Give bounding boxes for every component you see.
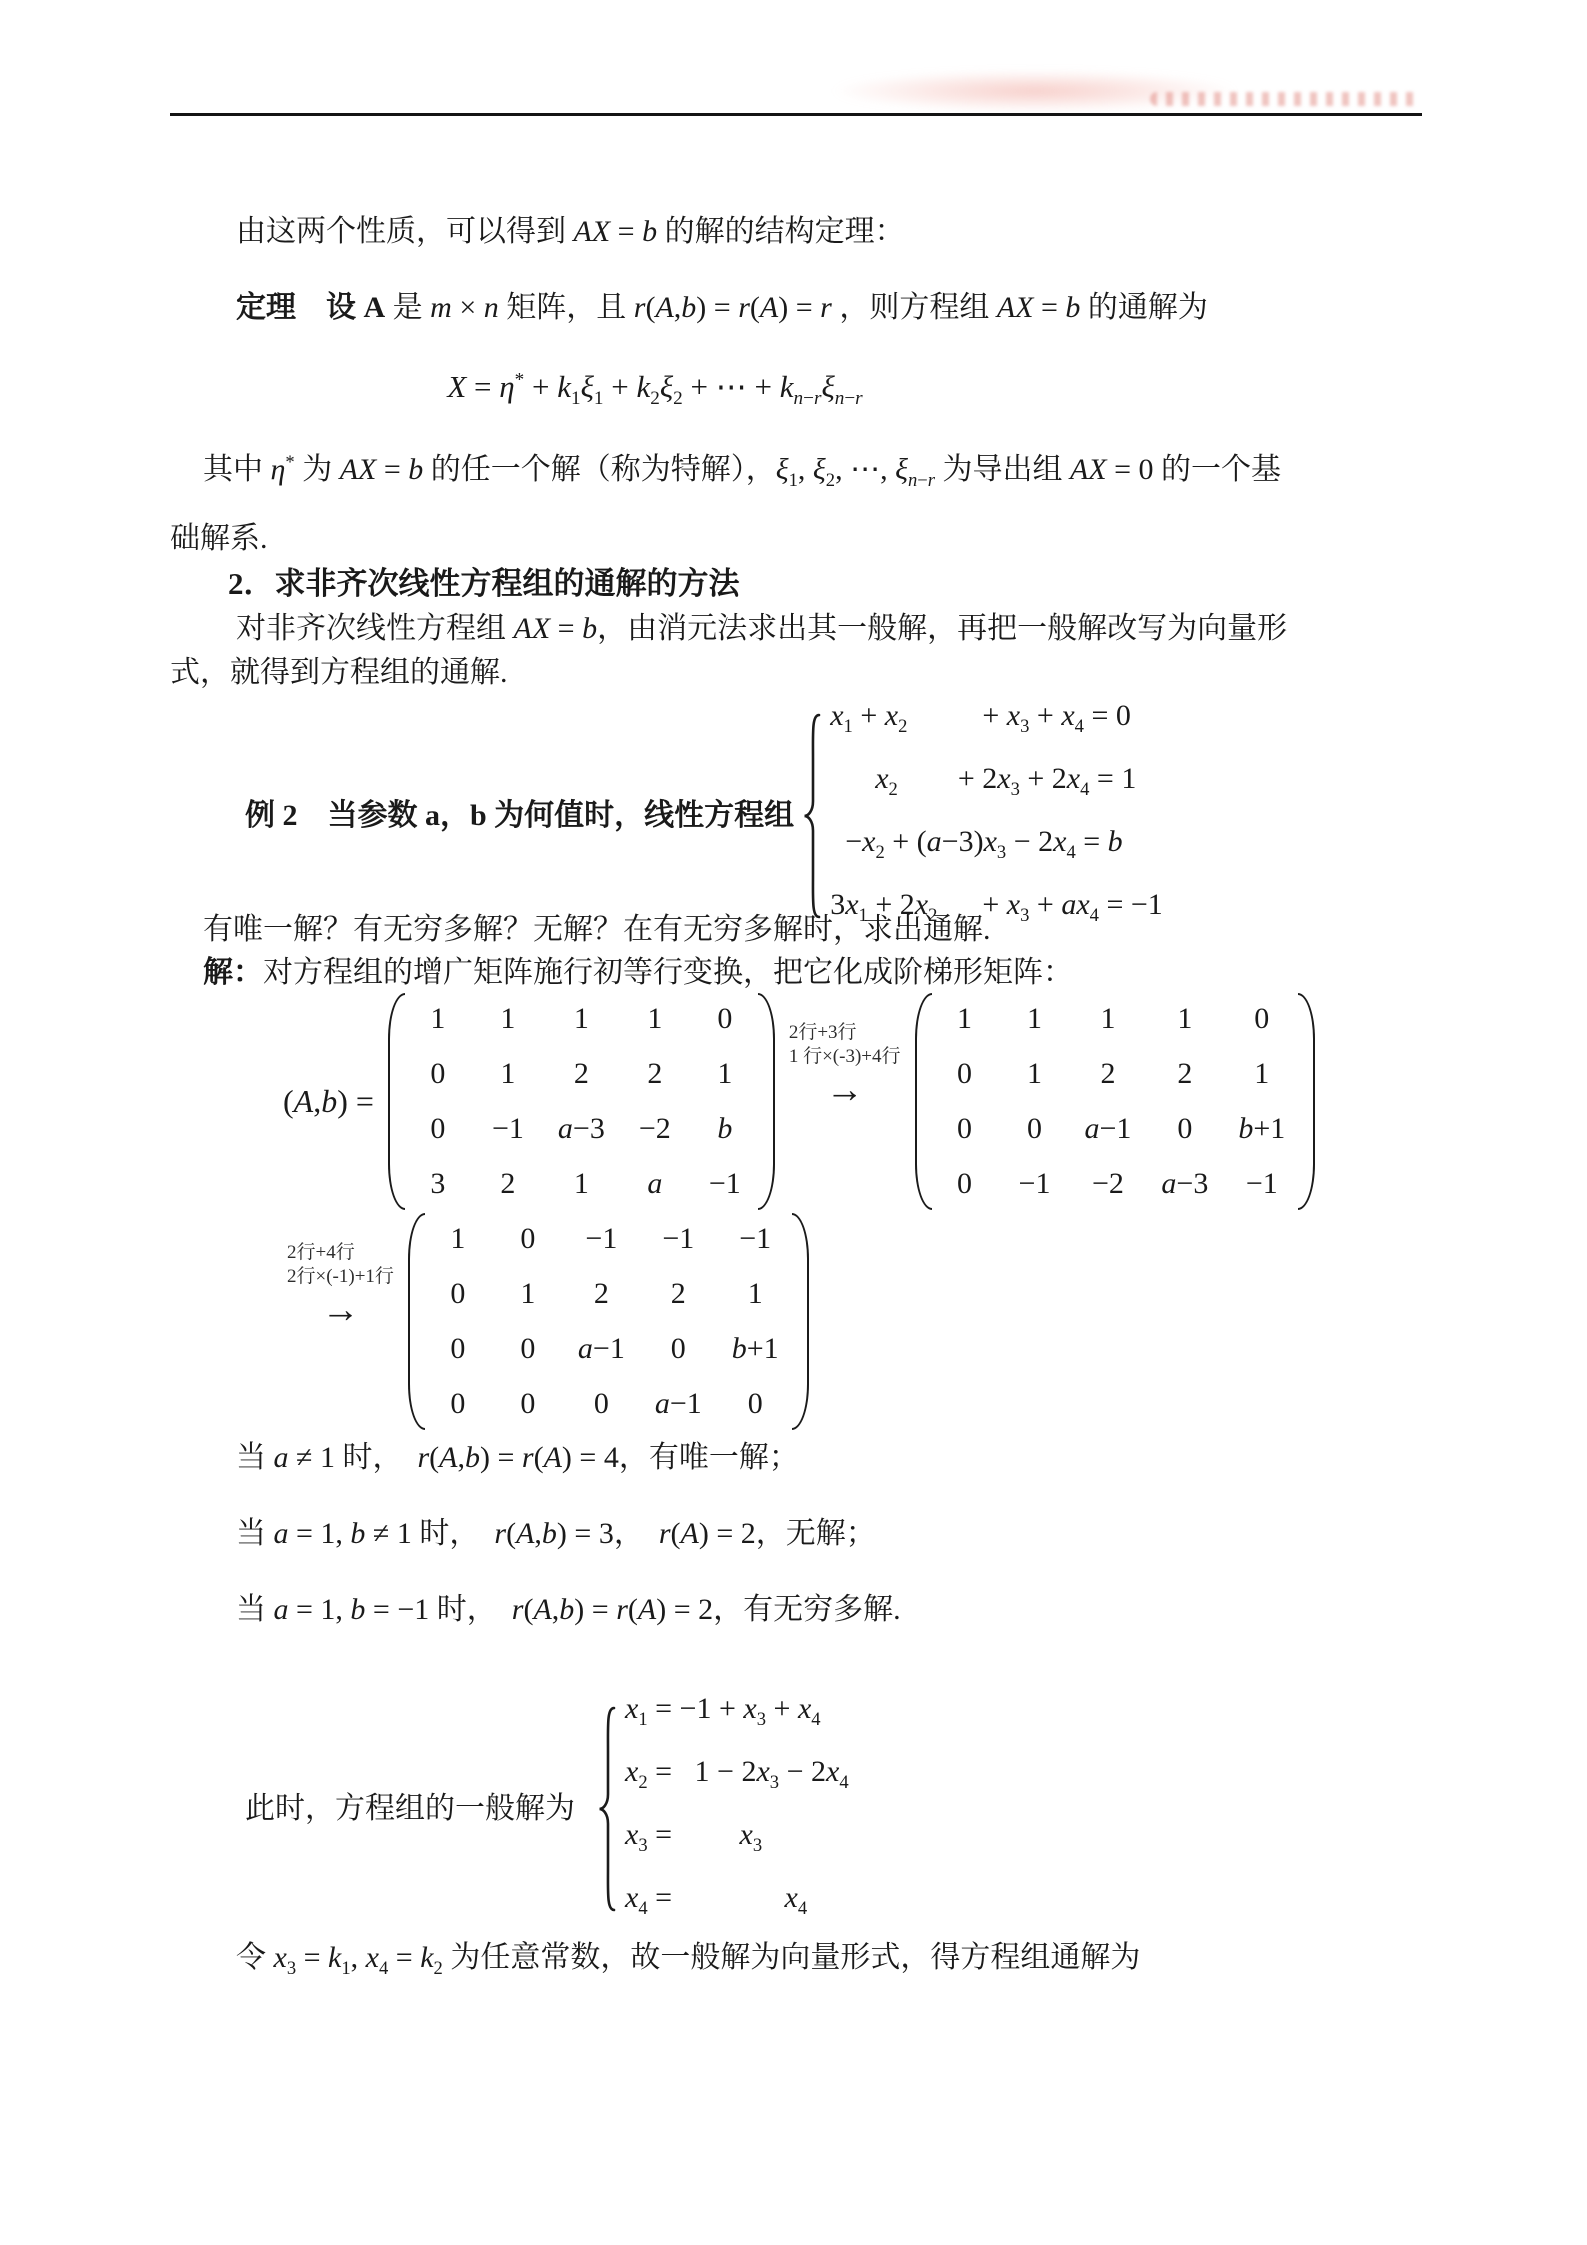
method-line-1: 对非齐次线性方程组 AX = b，由消元法求出其一般解，再把一般解改写为向量形 — [236, 609, 1287, 650]
matrix-cell: 2 — [1161, 1056, 1208, 1092]
matrix-cell: 3 — [418, 1166, 458, 1202]
matrix-cell: 0 — [508, 1221, 548, 1257]
matrix-3: 10−1−1−1 01221 00a−10b+1 000a−10 — [408, 1213, 809, 1430]
question-line: 有唯一解？有无穷多解？无解？在有无穷多解时，求出通解. — [203, 910, 991, 951]
curly-brace-left-icon — [802, 712, 822, 920]
matrix-cell: 2 — [488, 1166, 528, 1202]
matrix-cell: 1 — [558, 1166, 605, 1202]
matrix-cell: a−1 — [1085, 1111, 1132, 1147]
matrix-cell: 2 — [655, 1276, 702, 1312]
right-arrow-icon: → — [826, 1073, 864, 1107]
matrix-cell: 1 — [418, 1001, 458, 1037]
matrix-cell: 0 — [655, 1331, 702, 1367]
matrix-cell: 0 — [438, 1276, 478, 1312]
general-solution-label: 此时，方程组的一般解为 — [245, 1789, 575, 1830]
solution-line: x2 = 1 − 2x3 − 2x4 — [625, 1746, 849, 1809]
header-rule — [170, 113, 1422, 116]
matrix-cell: 1 — [635, 1001, 675, 1037]
case-unique-line: 当 a ≠ 1 时， r(A,b) = r(A) = 4，有唯一解； — [236, 1438, 799, 1479]
matrix-cell: 2 — [558, 1056, 605, 1092]
matrix-cell: 2 — [635, 1056, 675, 1092]
equation-line: x1 + x2 + x3 + x4 = 0 — [830, 690, 1163, 753]
matrix-cell: 0 — [1238, 1001, 1285, 1037]
matrix-cell: −1 — [655, 1221, 702, 1257]
matrix-cell: 0 — [578, 1386, 625, 1422]
theorem-line: 定理 设 A 是 m × n 矩阵，且 r(A,b) = r(A) = r ，则… — [236, 288, 1208, 329]
matrix-block-1: (A,b) = 11110 01221 0−1a−3−2b 321a−1 2行+… — [283, 993, 1315, 1210]
solution-line: x3 = x3 — [625, 1809, 849, 1872]
matrix-cell: 1 — [1085, 1001, 1132, 1037]
matrix-cell: 1 — [488, 1056, 528, 1092]
matrix-cell: 1 — [508, 1276, 548, 1312]
matrix-cell: 1 — [488, 1001, 528, 1037]
matrix-cell: 1 — [438, 1221, 478, 1257]
solution-formula: X = η* + k1ξ1 + k2ξ2 + ⋯ + kn−rξn−r — [170, 366, 1140, 412]
matrix-cell: 2 — [1085, 1056, 1132, 1092]
matrix-cell: 0 — [945, 1166, 985, 1202]
general-solution-block: 此时，方程组的一般解为 x1 = −1 + x3 + x4 x2 = 1 − 2… — [245, 1683, 849, 1935]
watermark-marks — [1150, 92, 1420, 106]
example-block: 例 2 当参数 a，b 为何值时，线性方程组 x1 + x2 + x3 + x4… — [245, 690, 1163, 942]
matrix-cell: 0 — [1161, 1111, 1208, 1147]
matrix-cell: −1 — [1238, 1166, 1285, 1202]
intro-line: 由这两个性质，可以得到 AX = b 的解的结构定理： — [236, 212, 905, 253]
matrix-cell: 0 — [438, 1331, 478, 1367]
matrix-cell: 0 — [945, 1111, 985, 1147]
matrix-cell: 0 — [945, 1056, 985, 1092]
section-heading: 2．求非齐次线性方程组的通解的方法 — [228, 563, 740, 605]
row-operation-1: 2行+3行 1 行×(-3)+4行 → — [789, 1021, 901, 1107]
document-page: 由这两个性质，可以得到 AX = b 的解的结构定理： 定理 设 A 是 m ×… — [0, 0, 1587, 2245]
equation-line: −x2 + (a−3)x3 − 2x4 = b — [830, 816, 1163, 879]
matrix-cell: a−1 — [578, 1331, 625, 1367]
matrix-cell: 1 — [1015, 1001, 1055, 1037]
matrix-cell: 0 — [418, 1111, 458, 1147]
example-label: 例 2 当参数 a，b 为何值时，线性方程组 — [245, 796, 794, 837]
solution-line: x1 = −1 + x3 + x4 — [625, 1683, 849, 1746]
matrix-cell: 0 — [438, 1386, 478, 1422]
row-op-line: 2行×(-1)+1行 — [287, 1265, 394, 1289]
matrix-cell: 0 — [1015, 1111, 1055, 1147]
matrix-cell: −1 — [705, 1166, 745, 1202]
paren-right-icon — [758, 993, 775, 1210]
matrix-cell: 1 — [705, 1056, 745, 1092]
basis-line-2: 础解系. — [170, 519, 268, 560]
basis-line-1: 其中 η* 为 AX = b 的任一个解（称为特解），ξ1, ξ2, ⋯, ξn… — [203, 450, 1281, 493]
paren-left-icon — [408, 1213, 425, 1430]
case-infinite-line: 当 a = 1, b = −1 时， r(A,b) = r(A) = 2，有无穷… — [236, 1590, 901, 1631]
matrix-1: 11110 01221 0−1a−3−2b 321a−1 — [388, 993, 775, 1210]
matrix-cell: b — [705, 1111, 745, 1147]
matrix-cell: a−3 — [558, 1111, 605, 1147]
equation-system: x1 + x2 + x3 + x4 = 0 x2 + 2x3 + 2x4 = 1… — [830, 690, 1163, 942]
case-no-solution-line: 当 a = 1, b ≠ 1 时， r(A,b) = 3， r(A) = 2，无… — [236, 1514, 876, 1555]
matrix-2: 11110 01221 00a−10b+1 0−1−2a−3−1 — [915, 993, 1316, 1210]
matrix-cell: b+1 — [1238, 1111, 1285, 1147]
equation-line: x2 + 2x3 + 2x4 = 1 — [830, 753, 1163, 816]
row-op-line: 2行+3行 — [789, 1021, 901, 1045]
augmented-matrix-label: (A,b) = — [283, 1083, 374, 1120]
matrix-cell: 1 — [558, 1001, 605, 1037]
solve-line: 解：对方程组的增广矩阵施行初等行变换，把它化成阶梯形矩阵： — [203, 953, 1073, 994]
paren-right-icon — [1298, 993, 1315, 1210]
matrix-cell: 0 — [732, 1386, 779, 1422]
matrix-cell: −1 — [578, 1221, 625, 1257]
solution-line: x4 = x4 — [625, 1872, 849, 1935]
matrix-cell: a−3 — [1161, 1166, 1208, 1202]
method-line-2: 式，就得到方程组的通解. — [170, 653, 508, 694]
general-solution-system: x1 = −1 + x3 + x4 x2 = 1 − 2x3 − 2x4 x3 … — [625, 1683, 849, 1935]
row-operation-2: 2行+4行 2行×(-1)+1行 → — [287, 1241, 394, 1327]
matrix-cell: −2 — [635, 1111, 675, 1147]
matrix-cell: a−1 — [655, 1386, 702, 1422]
matrix-cell: 1 — [1015, 1056, 1055, 1092]
matrix-cell: 2 — [578, 1276, 625, 1312]
matrix-cell: 0 — [508, 1386, 548, 1422]
closing-line: 令 x3 = k1, x4 = k2 为任意常数，故一般解为向量形式，得方程组通… — [236, 1938, 1140, 1981]
right-arrow-icon: → — [321, 1293, 359, 1327]
matrix-cell: a — [635, 1166, 675, 1202]
matrix-cell: −1 — [732, 1221, 779, 1257]
row-op-line: 2行+4行 — [287, 1241, 394, 1265]
matrix-block-2: 2行+4行 2行×(-1)+1行 → 10−1−1−1 01221 00a−10… — [287, 1213, 809, 1430]
matrix-cell: −1 — [488, 1111, 528, 1147]
matrix-cell: 1 — [1161, 1001, 1208, 1037]
matrix-cell: −1 — [1015, 1166, 1055, 1202]
paren-left-icon — [388, 993, 405, 1210]
row-op-line: 1 行×(-3)+4行 — [789, 1045, 901, 1069]
matrix-cell: 1 — [945, 1001, 985, 1037]
matrix-cell: b+1 — [732, 1331, 779, 1367]
matrix-cell: 0 — [418, 1056, 458, 1092]
matrix-cell: 1 — [1238, 1056, 1285, 1092]
paren-right-icon — [792, 1213, 809, 1430]
paren-left-icon — [915, 993, 932, 1210]
curly-brace-left-icon — [597, 1705, 617, 1913]
matrix-cell: 0 — [705, 1001, 745, 1037]
matrix-cell: 1 — [732, 1276, 779, 1312]
matrix-cell: −2 — [1085, 1166, 1132, 1202]
matrix-cell: 0 — [508, 1331, 548, 1367]
